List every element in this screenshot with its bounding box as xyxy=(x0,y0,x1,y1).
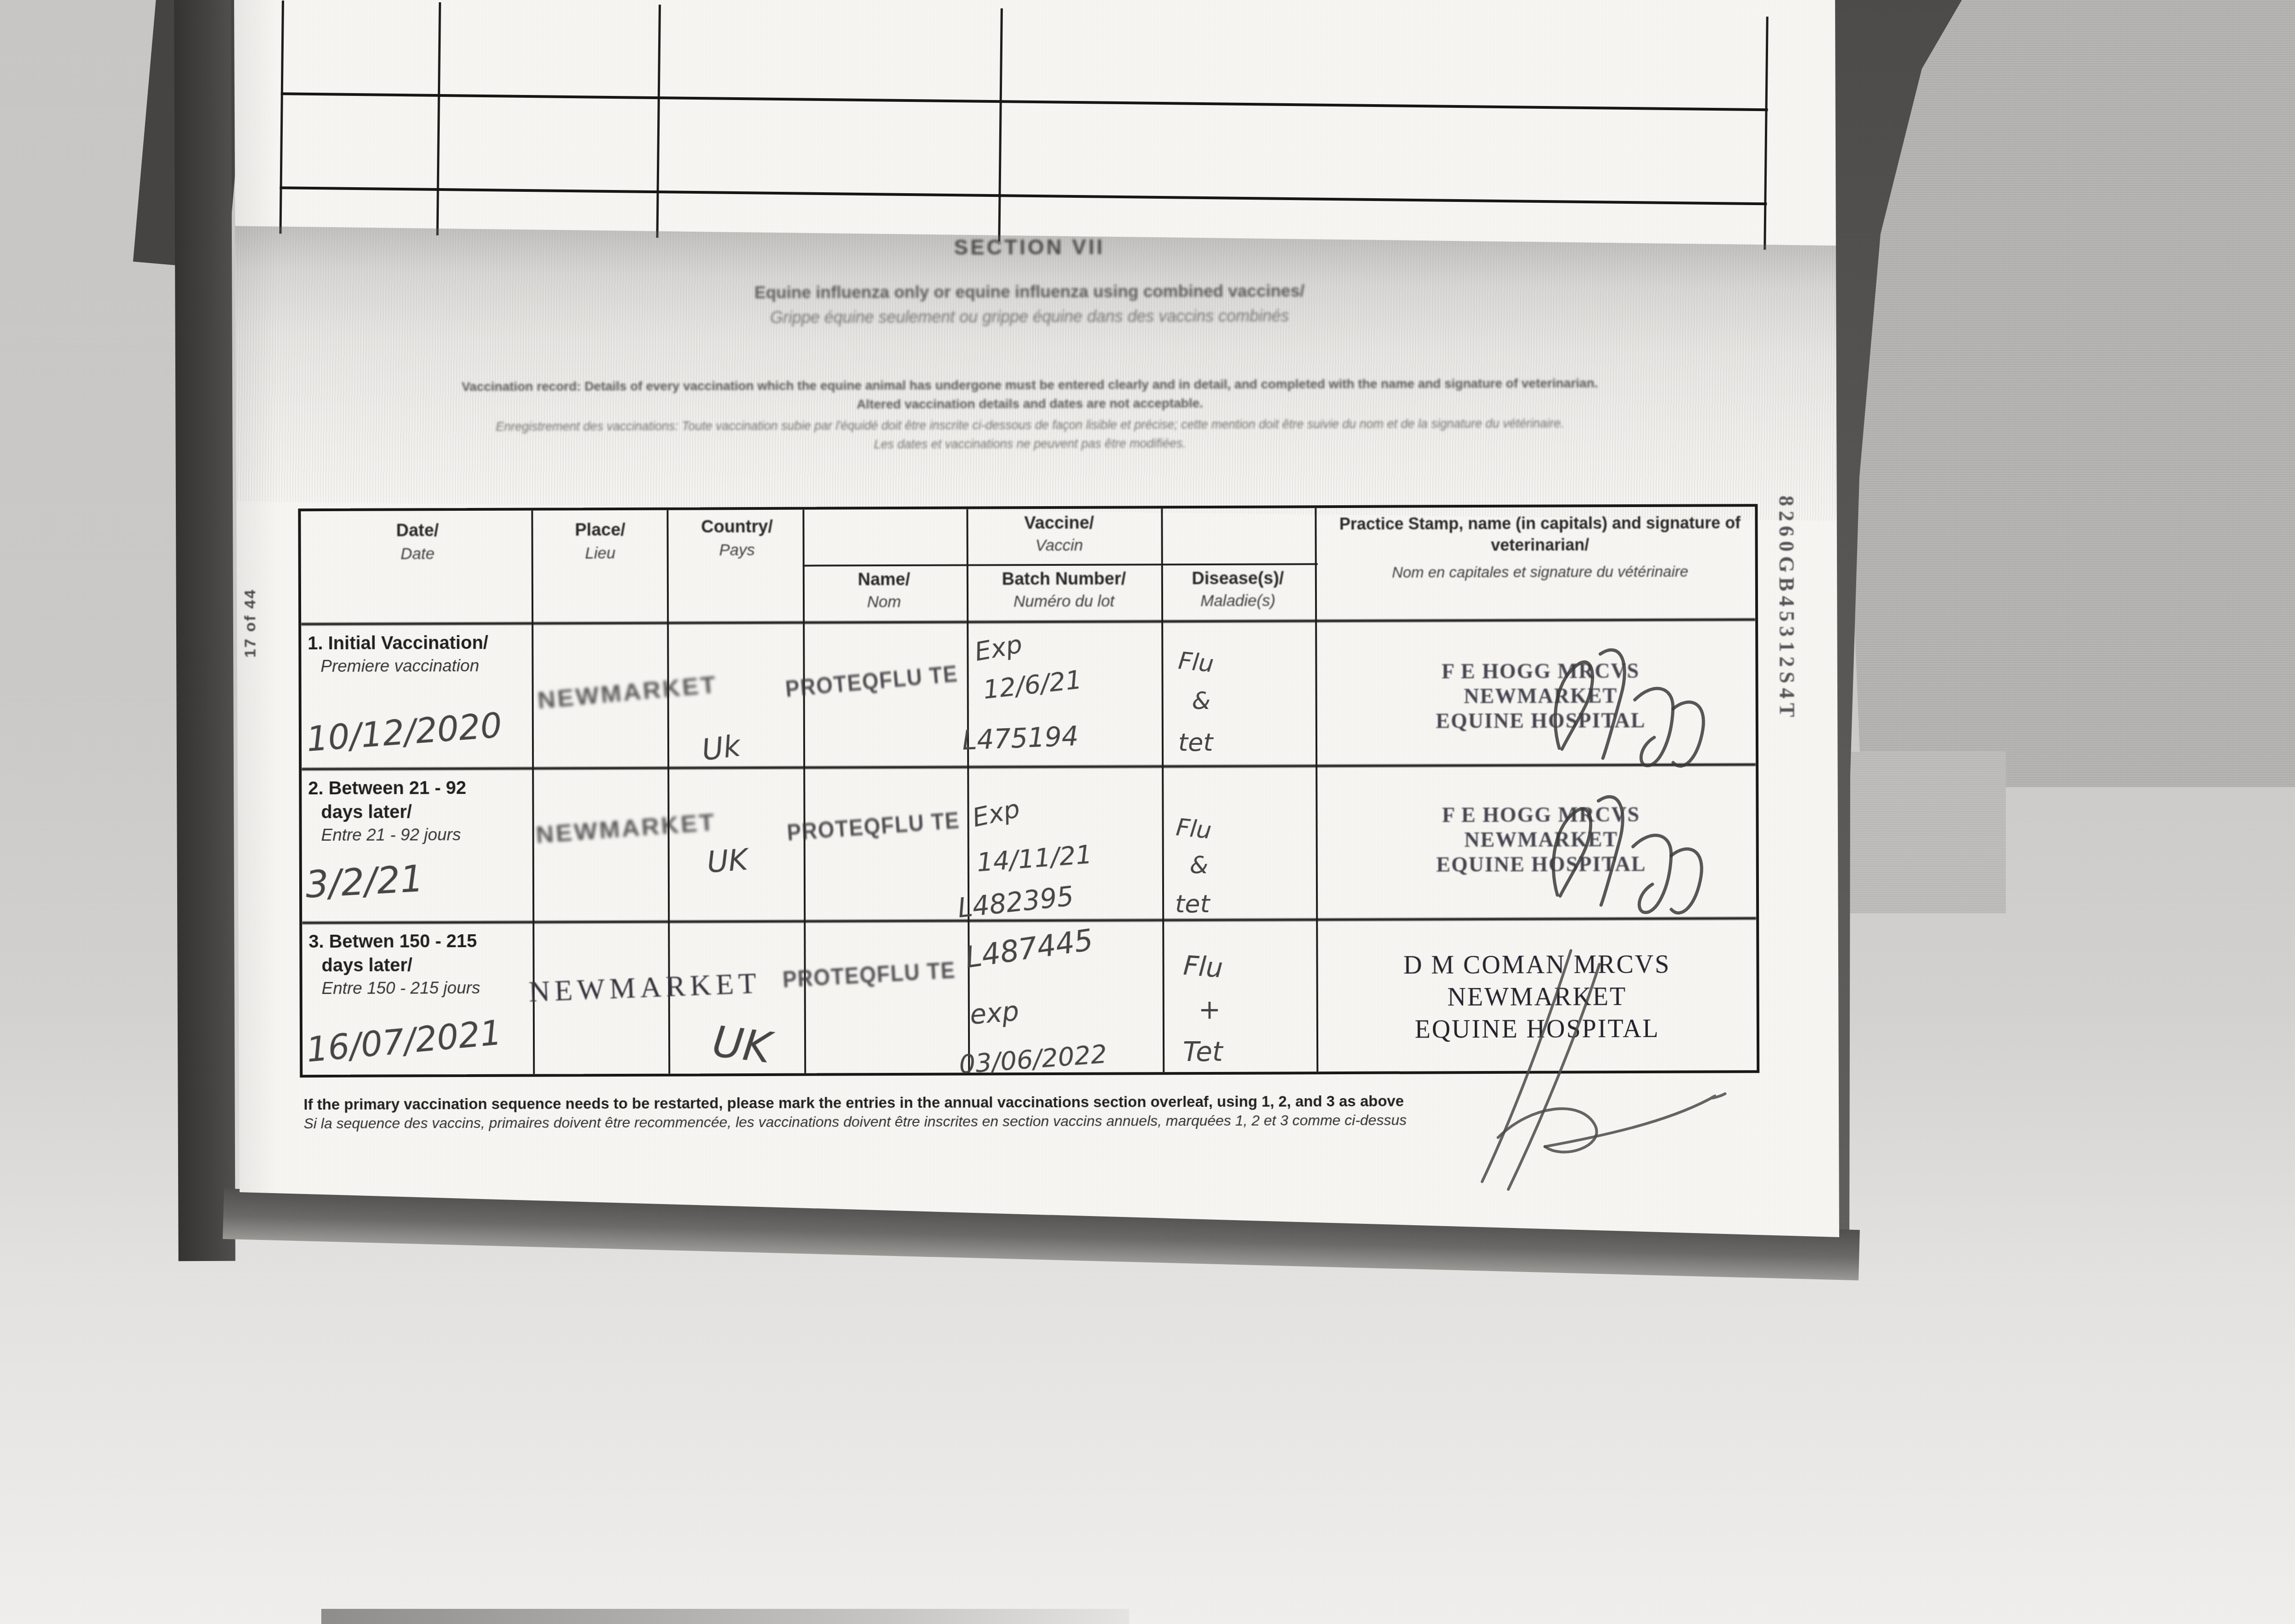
handwritten-batch: exp xyxy=(969,996,1020,1031)
handwritten-batch: Exp xyxy=(969,794,1022,833)
header-batch-fr: Numéro du lot xyxy=(1013,592,1114,611)
handwritten-date: 16/07/2021 xyxy=(305,1013,504,1070)
vet-signature xyxy=(1527,637,1734,776)
scanned-equine-passport-photo: SECTION VII Equine influenza only or equ… xyxy=(0,0,2295,1624)
row-label-text: days later/ xyxy=(321,953,532,977)
header-date-en: Date/ xyxy=(396,521,439,541)
grid-line xyxy=(301,618,1755,625)
page-number: 17 of 44 xyxy=(241,588,259,658)
vaccine-stamp: PROTEQFLU TE xyxy=(784,660,959,703)
place-typed: NEWMARKET xyxy=(528,966,761,1009)
vet-signature xyxy=(1523,784,1734,922)
handwritten-country: Uk xyxy=(700,729,742,768)
handwritten-batch: Exp xyxy=(972,629,1024,667)
section-subtitle-en: Equine influenza only or equine influenz… xyxy=(293,280,1766,304)
row-label-text: Entre 21 - 92 jours xyxy=(321,824,532,847)
header-practice-en: Practice Stamp, name (in capitals) and s… xyxy=(1325,512,1754,557)
passport-serial-code: 8260GB45312S4T xyxy=(1774,496,1799,722)
handwritten-disease: Flu xyxy=(1175,814,1213,845)
handwritten-disease: + xyxy=(1198,994,1221,1025)
header-disease-en: Disease(s)/ xyxy=(1192,569,1284,589)
handwritten-date: 10/12/2020 xyxy=(305,706,504,759)
vaccine-stamp: PROTEQFLU TE xyxy=(786,807,961,846)
section-subtitle-fr: Grippe équine seulement ou grippe équine… xyxy=(293,305,1766,329)
handwritten-date: 3/2/21 xyxy=(304,857,425,906)
row-label-text: Entre 150 - 215 jours xyxy=(322,977,533,1000)
header-name-fr: Nom xyxy=(867,593,901,611)
handwritten-batch: 12/6/21 xyxy=(982,664,1084,705)
row-label-text: days later/ xyxy=(321,800,532,824)
handwritten-disease: Flu xyxy=(1177,647,1215,678)
header-country-fr: Pays xyxy=(719,541,755,559)
row-label-text: 2. Between 21 - 92 xyxy=(308,776,532,801)
header-vaccine-fr: Vaccin xyxy=(1036,536,1083,555)
handwritten-country: UK xyxy=(706,843,749,880)
binder-left-edge xyxy=(174,0,235,1261)
place-stamp: NEWMARKET xyxy=(535,809,717,848)
background-tape-patch xyxy=(1838,752,2006,913)
handwritten-batch: L482395 xyxy=(956,880,1075,924)
handwritten-batch: L487445 xyxy=(963,923,1095,975)
grid-line xyxy=(803,563,1318,567)
row-label-text: 1. Initial Vaccination/ xyxy=(308,631,532,656)
intro-text-fr-2: Les dates et vaccinations ne peuvent pas… xyxy=(293,435,1767,453)
handwritten-disease: & xyxy=(1192,687,1211,715)
header-date-fr: Date xyxy=(401,545,435,563)
header-disease-fr: Maladie(s) xyxy=(1200,592,1276,610)
vet-signature xyxy=(1300,938,1732,1197)
vaccine-stamp: PROTEQFLU TE xyxy=(782,957,957,993)
grid-line xyxy=(1161,508,1164,1072)
section-vii-content: SECTION VII Equine influenza only or equ… xyxy=(228,0,1844,1250)
handwritten-disease: Flu xyxy=(1182,950,1224,984)
header-place-fr: Lieu xyxy=(585,544,616,563)
handwritten-disease: & xyxy=(1190,852,1209,879)
row-label-2: 2. Between 21 - 92 days later/ Entre 21 … xyxy=(308,776,532,847)
header-place-en: Place/ xyxy=(575,520,626,540)
header-name-en: Name/ xyxy=(858,570,910,590)
intro-text-en-1: Vaccination record: Details of every vac… xyxy=(293,375,1767,395)
handwritten-country: UK xyxy=(710,1017,773,1072)
row-label-text: Premiere vaccination xyxy=(320,655,532,678)
handwritten-disease: tet xyxy=(1175,889,1210,918)
header-vaccine-en: Vaccine/ xyxy=(1024,513,1094,533)
footnote-en: If the primary vaccination sequence need… xyxy=(303,1093,1404,1114)
intro-text-en-2: Altered vaccination details and dates ar… xyxy=(293,394,1767,413)
header-batch-en: Batch Number/ xyxy=(1002,569,1126,589)
header-practice-fr: Nom en capitales et signature du vétérin… xyxy=(1326,563,1755,581)
handwritten-batch: L475194 xyxy=(962,720,1079,756)
header-country-en: Country/ xyxy=(701,517,772,537)
passport-page: SECTION VII Equine influenza only or equ… xyxy=(229,0,1842,1249)
bottom-page-edge xyxy=(321,1609,1129,1624)
handwritten-disease: Tet xyxy=(1183,1036,1223,1067)
grid-line xyxy=(966,509,970,1073)
row-label-1: 1. Initial Vaccination/ Premiere vaccina… xyxy=(308,631,532,678)
row-label-3: 3. Betwen 150 - 215 days later/ Entre 15… xyxy=(308,929,532,1000)
footnote-fr: Si la sequence des vaccins, primaires do… xyxy=(304,1112,1407,1133)
intro-text-fr-1: Enregistrement des vaccinations: Toute v… xyxy=(293,416,1767,435)
row-label-text: 3. Betwen 150 - 215 xyxy=(308,929,532,954)
handwritten-batch: 14/11/21 xyxy=(976,839,1093,877)
handwritten-disease: tet xyxy=(1178,728,1213,757)
place-stamp: NEWMARKET xyxy=(537,671,719,714)
handwritten-batch: 03/06/2022 xyxy=(958,1039,1108,1079)
section-title: SECTION VII xyxy=(293,232,1766,262)
